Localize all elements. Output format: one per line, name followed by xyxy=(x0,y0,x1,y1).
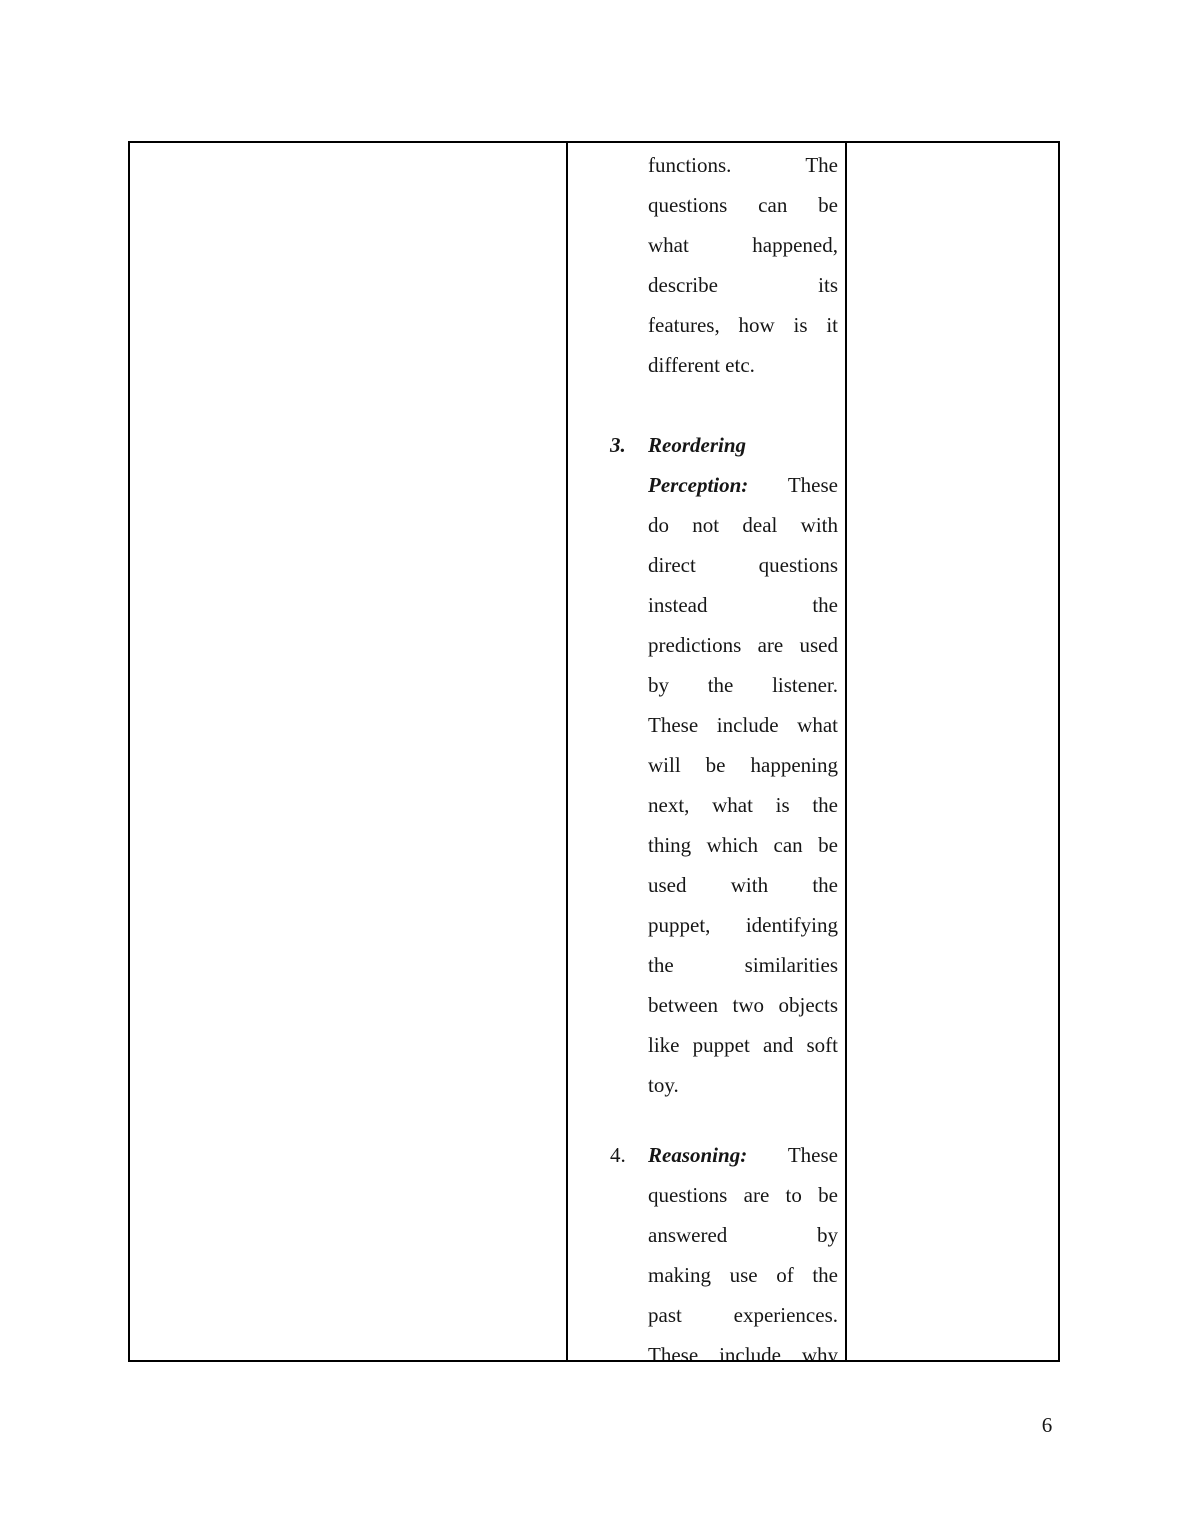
text-line: predictions are used xyxy=(648,625,838,665)
text-line: direct questions xyxy=(648,545,838,585)
text-line: between two objects xyxy=(648,985,838,1025)
list-number: 3. xyxy=(610,425,626,465)
text-line: different etc. xyxy=(648,345,838,385)
text-line: describe its xyxy=(648,265,838,305)
text-line: answered by xyxy=(648,1215,838,1255)
bold-italic-run: Reordering xyxy=(648,433,746,457)
text-line: puppet, identifying xyxy=(648,905,838,945)
text-line: features, how is it xyxy=(648,305,838,345)
text-line: will be happening xyxy=(648,745,838,785)
bold-italic-run: Reasoning: xyxy=(648,1143,747,1167)
text-line: making use of the xyxy=(648,1255,838,1295)
document-page: functions. The questions can be what hap… xyxy=(0,0,1190,1540)
text-line: These include what xyxy=(648,705,838,745)
text-line: past experiences. xyxy=(648,1295,838,1335)
text-line: Reasoning: These xyxy=(648,1135,838,1175)
text-line: what happened, xyxy=(648,225,838,265)
paragraph-continuation: functions. The questions can be what hap… xyxy=(648,145,838,385)
list-item-4: 4. Reasoning: These questions are to be … xyxy=(648,1135,838,1360)
page-number: 6 xyxy=(1032,1412,1062,1438)
table-cell-right xyxy=(847,143,1058,1360)
text-line: the similarities xyxy=(648,945,838,985)
text-line: next, what is the xyxy=(648,785,838,825)
text-line: used with the xyxy=(648,865,838,905)
text-line: thing which can be xyxy=(648,825,838,865)
text-line: toy. xyxy=(648,1065,838,1105)
text-line: do not deal with xyxy=(648,505,838,545)
text-line: like puppet and soft xyxy=(648,1025,838,1065)
table-cell-left xyxy=(130,143,568,1360)
regular-run: These xyxy=(788,473,838,497)
table-cell-middle: functions. The questions can be what hap… xyxy=(568,143,847,1360)
list-item-3: 3. Reordering Perception: These do not d… xyxy=(648,425,838,1105)
list-number: 4. xyxy=(610,1135,626,1175)
bold-italic-run: Perception: xyxy=(648,473,748,497)
content-table: functions. The questions can be what hap… xyxy=(128,141,1060,1362)
text-line: Perception: These xyxy=(648,465,838,505)
text-line: Reordering xyxy=(648,425,838,465)
regular-run: These xyxy=(788,1143,838,1167)
text-line: by the listener. xyxy=(648,665,838,705)
text-line: questions are to be xyxy=(648,1175,838,1215)
text-line: questions can be xyxy=(648,185,838,225)
text-line: instead the xyxy=(648,585,838,625)
text-line: functions. The xyxy=(648,145,838,185)
text-line: These include why xyxy=(648,1335,838,1360)
